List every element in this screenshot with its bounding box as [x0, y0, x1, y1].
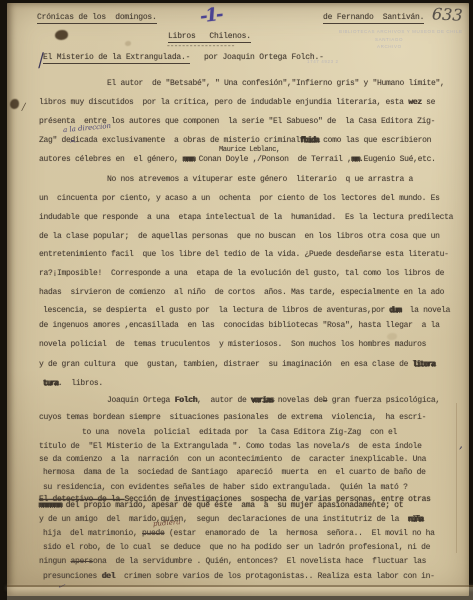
fox-spot — [125, 41, 131, 46]
paper-sheet: Crónicas de los domingos. -1- de Fernand… — [7, 3, 469, 596]
insertion-pudiera: pudiera — [153, 518, 181, 528]
margin-comma-mark: , — [459, 437, 463, 451]
ink-stain — [10, 99, 19, 109]
insertion-caret: ^ — [69, 140, 77, 150]
right-crease — [456, 403, 457, 553]
title-slash-mark: ∕ — [36, 50, 46, 72]
annotations-layer: a la dirección^∕∕,pudiera✓ — [7, 3, 469, 596]
margin-slash-mark: ∕ — [22, 102, 25, 113]
fox-spot — [387, 333, 397, 340]
bottom-fold-light-strip — [7, 587, 473, 600]
scanned-typescript-page: Crónicas de los domingos. -1- de Fernand… — [0, 0, 473, 600]
insertion-a-la-direccion: a la dirección — [63, 122, 112, 134]
ink-stain — [55, 30, 68, 40]
